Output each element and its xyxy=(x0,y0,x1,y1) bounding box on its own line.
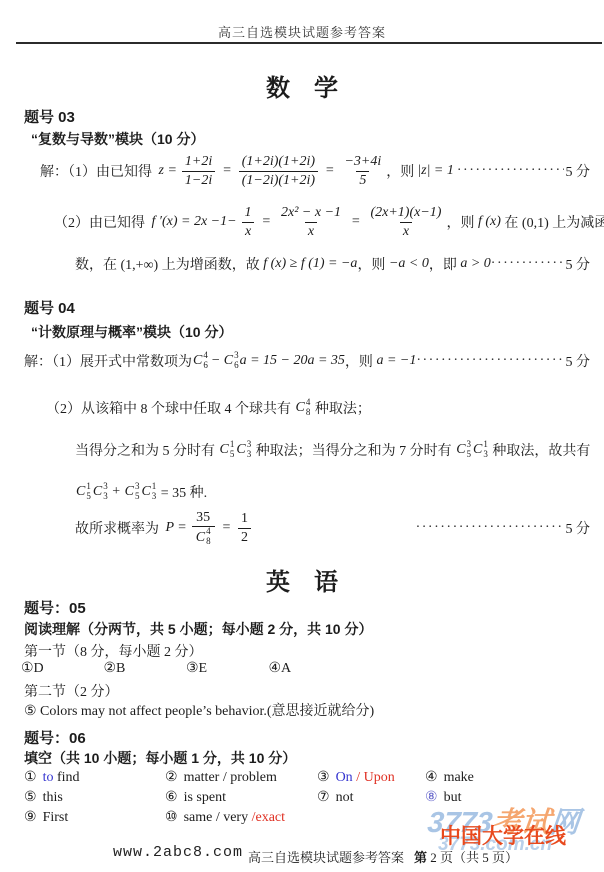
combination-symbol: C46 xyxy=(193,351,208,371)
score-label: 5 分 xyxy=(566,254,591,274)
score-label: 5 分 xyxy=(566,161,591,181)
answer-item: ③E xyxy=(186,660,265,677)
english-section-title: 英 语 xyxy=(0,562,604,597)
q05-answer-5: ⑤ Colors may not affect people’s behavio… xyxy=(24,700,374,720)
math-expression: |z| = 1 xyxy=(417,163,454,179)
equals-sign: = xyxy=(222,163,231,179)
fraction: (2x+1)(x−1)x xyxy=(367,204,444,240)
q03-solution-line-3: 数，在 (1,+∞) 上为增函数，故 f (x) ≥ f (1) = −a ，则… xyxy=(75,254,590,274)
fraction: −3+4i5 xyxy=(341,153,384,189)
math-expression: f (x) xyxy=(478,214,501,230)
fraction: 1x xyxy=(242,204,255,240)
page-header-title: 高三自选模块试题参考答案 xyxy=(0,22,604,41)
dotted-leader: ·············· xyxy=(491,256,564,272)
connector-text: 当得分之和为 5 分时有 xyxy=(75,440,219,460)
q05-answers-row: ①D ②B ③E ④A xyxy=(21,660,348,677)
q03-label: 题号 03 xyxy=(24,106,75,127)
equals-sign: = xyxy=(262,214,271,230)
q05-label: 题号：05 xyxy=(24,597,86,618)
plus-sign: + xyxy=(109,484,124,500)
connector-text: ，则 xyxy=(357,254,389,274)
connector-text: 种取法，故共有 xyxy=(489,440,591,460)
connector-text: ，则 xyxy=(345,351,377,371)
fill-blank-answer: ③On / Upon xyxy=(317,769,425,786)
q04-module-title: “计数原理与概率”模块（10 分） xyxy=(31,322,232,342)
q03-solution-line-1: 解：（1）由已知得 z = 1+2i1−2i = (1+2i)(1+2i)(1−… xyxy=(40,147,590,195)
fill-blank-answer: ⑦not xyxy=(317,789,425,806)
fraction: (1+2i)(1+2i)(1−2i)(1+2i) xyxy=(239,153,318,189)
fill-blank-answer: ⑨First xyxy=(24,809,165,826)
connector-text: 数，在 (1,+∞) 上为增函数，故 xyxy=(75,254,263,274)
fraction: 35 C48 xyxy=(192,509,215,547)
math-expression: f (x) ≥ f (1) = −a xyxy=(263,256,357,272)
fraction: 12 xyxy=(238,510,251,546)
combination-symbol: C13 xyxy=(473,440,488,460)
equals-sign: = xyxy=(325,163,334,179)
connector-text: ，则 xyxy=(446,212,478,232)
connector-text: ，即 xyxy=(429,254,461,274)
q04-solution-line-2: （2）从该箱中 8 个球中任取 4 个球共有 C48 种取法； xyxy=(46,395,590,421)
footer-doc-title: 高三自选模块试题参考答案 xyxy=(248,850,404,865)
combination-symbol: C15 xyxy=(220,440,235,460)
answer-item: ②B xyxy=(104,660,183,677)
footer-page-info: 高三自选模块试题参考答案第 2 页（共 5 页） xyxy=(248,847,518,866)
dotted-leader: ···························· xyxy=(416,353,563,369)
math-expression: P = xyxy=(166,520,187,536)
fill-blank-answer: ⑩same / very /exact xyxy=(165,809,317,826)
minus-sign: − xyxy=(212,353,220,369)
solution-lead: 解：（1）展开式中常数项为 xyxy=(24,351,192,371)
combination-symbol: C33 xyxy=(93,482,108,502)
connector-text: 种取法； xyxy=(311,398,371,418)
q05-part1-label: 第一节（8 分，每小题 2 分） xyxy=(24,641,203,661)
math-expression: a xyxy=(240,353,247,369)
q04-solution-line-1: 解：（1）展开式中常数项为 C46 − C36 a = 15 − 20a = 3… xyxy=(24,348,590,374)
fill-blank-answer: ④make xyxy=(425,769,474,786)
combination-symbol: C33 xyxy=(236,440,251,460)
fraction: 1+2i1−2i xyxy=(182,153,215,189)
combination-symbol: C35 xyxy=(125,482,140,502)
combination-symbol: C13 xyxy=(141,482,156,502)
math-expression: f ′(x) = 2x −1− xyxy=(152,214,237,230)
equals-sign: = xyxy=(222,520,231,536)
document-page: 高三自选模块试题参考答案 数 学 题号 03 “复数与导数”模块（10 分） 解… xyxy=(0,0,604,872)
fill-blank-answer: ①to find xyxy=(24,769,165,786)
math-expression: a > 0 xyxy=(460,256,490,272)
math-expression: −a < 0 xyxy=(389,256,429,272)
solution-lead: （2）从该箱中 8 个球中任取 4 个球共有 xyxy=(46,398,295,418)
fraction: 2x² − x −1x xyxy=(278,204,344,240)
solution-lead: 故所求概率为 xyxy=(75,518,163,538)
q03-module-title: “复数与导数”模块（10 分） xyxy=(31,129,204,149)
fill-blank-answer: ⑤this xyxy=(24,789,165,806)
equals-sign: = xyxy=(351,214,360,230)
answer-item: ①D xyxy=(21,660,100,677)
combination-symbol: C36 xyxy=(224,351,239,371)
footer-site-url: www.2abc8.com xyxy=(113,844,243,861)
connector-text: ，则 xyxy=(386,161,414,181)
connector-text: 种取法；当得分之和为 7 分时有 xyxy=(252,440,455,460)
header-divider xyxy=(16,42,602,44)
q06-heading: 填空（共 10 小题；每小题 1 分，共 10 分） xyxy=(24,748,296,768)
score-label: 5 分 xyxy=(566,351,591,371)
q05-heading: 阅读理解（分两节，共 5 小题；每小题 2 分，共 10 分） xyxy=(24,619,372,639)
combination-symbol: C48 xyxy=(296,398,311,418)
combination-symbol: C15 xyxy=(76,482,91,502)
q03-solution-line-2: （2）由已知得 f ′(x) = 2x −1− 1x = 2x² − x −1x… xyxy=(54,198,590,246)
q06-answers-grid: ①to find ②matter / problem ③On / Upon ④m… xyxy=(24,769,474,826)
math-expression: z = xyxy=(159,163,177,179)
fill-blank-answer: ⑧but xyxy=(425,789,474,806)
math-expression: a = −1 xyxy=(376,353,416,369)
connector-text: = 35 种. xyxy=(157,482,207,502)
fill-blank-answer: ②matter / problem xyxy=(165,769,317,786)
combination-symbol: C35 xyxy=(456,440,471,460)
connector-text: 在 (0,1) 上为减函 xyxy=(501,212,604,232)
answer-item: ④A xyxy=(269,660,348,677)
q06-label: 题号：06 xyxy=(24,727,86,748)
solution-lead: （2）由已知得 xyxy=(54,212,149,232)
score-label: 5 分 xyxy=(566,518,591,538)
dotted-leader: ·························· xyxy=(457,163,564,179)
q04-label: 题号 04 xyxy=(24,297,75,318)
combination-symbol: C48 xyxy=(196,527,211,547)
q05-part2-label: 第二节（2 分） xyxy=(24,681,119,701)
footer-page-number: 第 xyxy=(414,850,427,865)
solution-lead: 解：（1）由已知得 xyxy=(40,161,156,181)
q04-solution-line-3: 当得分之和为 5 分时有 C15 C33 种取法；当得分之和为 7 分时有 C3… xyxy=(75,437,590,463)
fill-blank-answer: ⑥is spent xyxy=(165,789,317,806)
q04-solution-line-5: 故所求概率为 P = 35 C48 = 12 ·················… xyxy=(75,504,590,552)
math-expression: = 15 − 20a = 35 xyxy=(247,353,345,369)
q04-solution-line-4: C15 C33 + C35 C13 = 35 种. xyxy=(75,479,590,505)
dotted-leader: ························ xyxy=(416,520,564,536)
math-section-title: 数 学 xyxy=(0,68,604,103)
